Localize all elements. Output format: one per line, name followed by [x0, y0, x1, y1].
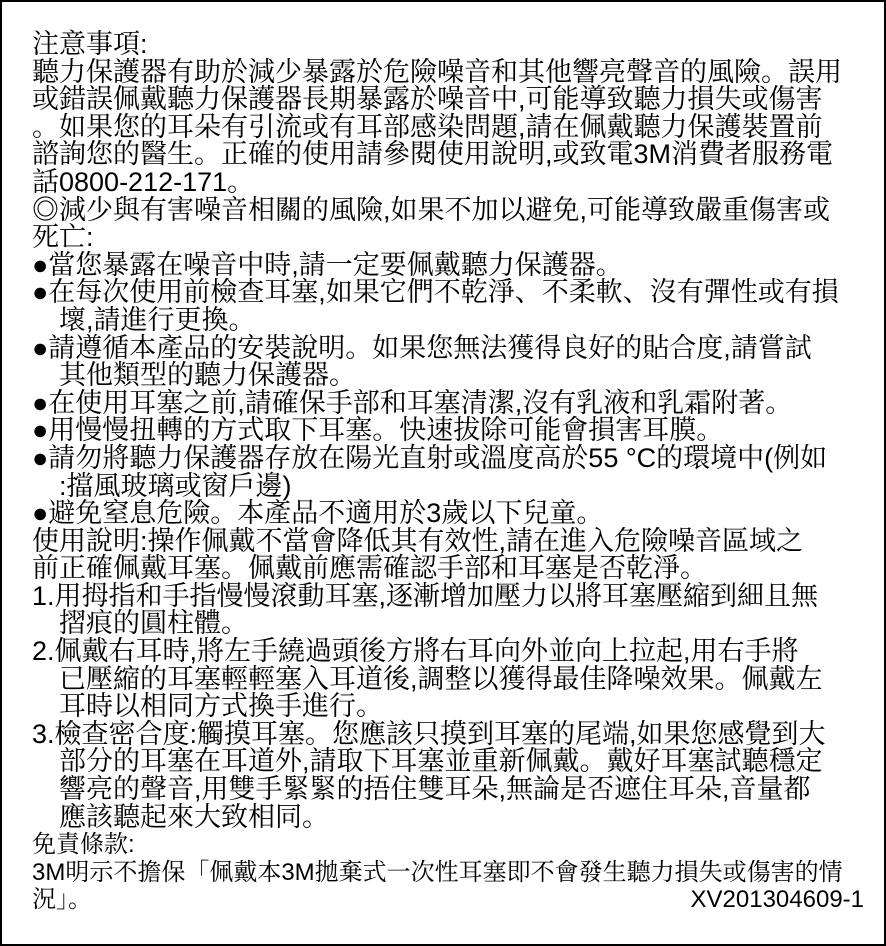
warning-bullet-follow-fitting: ●請遵循本產品的安裝說明。如果您無法獲得良好的貼合度,請嘗試 其他類型的聽力保護… — [32, 335, 864, 390]
warning-bullet-clean-hands: ●在使用耳塞之前,請確保手部和耳塞清潔,沒有乳液和乳霜附著。 — [32, 390, 864, 418]
noise-hazard-warning: ◎減少與有害噪音相關的風險,如果不加以避免,可能導致嚴重傷害或 死亡: — [32, 197, 864, 252]
earplug-instruction-sheet: 注意事項: 聽力保護器有助於減少暴露於危險噪音和其他響亮聲音的風險。誤用 或錯誤… — [0, 0, 886, 946]
warning-bullet-slow-removal: ●用慢慢扭轉的方式取下耳塞。快速拔除可能會損害耳膜。 — [32, 417, 864, 445]
usage-instructions-intro: 使用說明:操作佩戴不當會降低其有效性,請在進入危險噪音區域之 前正確佩戴耳塞。佩… — [32, 528, 864, 583]
disclaimer-title: 免責條款: — [32, 831, 864, 859]
disclaimer-body-end: 況」。 — [32, 886, 92, 914]
disclaimer-body: 3M明示不擔保「佩戴本3M拋棄式一次性耳塞即不會發生聽力損失或傷害的情 — [32, 859, 864, 887]
warning-bullet-storage-temperature: ●請勿將聽力保護器存放在陽光直射或溫度高於55 °C的環境中(例如 :擋風玻璃或… — [32, 445, 864, 500]
usage-step-2-insert-earplug: 2.佩戴右耳時,將左手繞過頭後方將右耳向外並向上拉起,用右手將 已壓縮的耳塞輕輕… — [32, 638, 864, 721]
warning-bullet-inspect-before-use: ●在每次使用前檢查耳塞,如果它們不乾淨、不柔軟、沒有彈性或有損 壞,請進行更換。 — [32, 279, 864, 334]
usage-step-1-roll-earplug: 1.用拇指和手指慢慢滾動耳塞,逐漸增加壓力以將耳塞壓縮到細且無 摺痕的圓柱體。 — [32, 583, 864, 638]
notice-intro-paragraph: 聽力保護器有助於減少暴露於危險噪音和其他響亮聲音的風險。誤用 或錯誤佩戴聽力保護… — [32, 59, 864, 197]
document-code: XV201304609-1 — [691, 886, 864, 914]
disclaimer-last-row: 況」。 XV201304609-1 — [32, 886, 864, 914]
warning-bullet-wear-protection: ●當您暴露在噪音中時,請一定要佩戴聽力保護器。 — [32, 252, 864, 280]
warning-bullet-choking-hazard: ●避免窒息危險。本產品不適用於3歲以下兒童。 — [32, 500, 864, 528]
notice-title: 注意事項: — [32, 31, 864, 59]
usage-step-3-check-fit: 3.檢查密合度:觸摸耳塞。您應該只摸到耳塞的尾端,如果您感覺到大 部分的耳塞在耳… — [32, 721, 864, 831]
